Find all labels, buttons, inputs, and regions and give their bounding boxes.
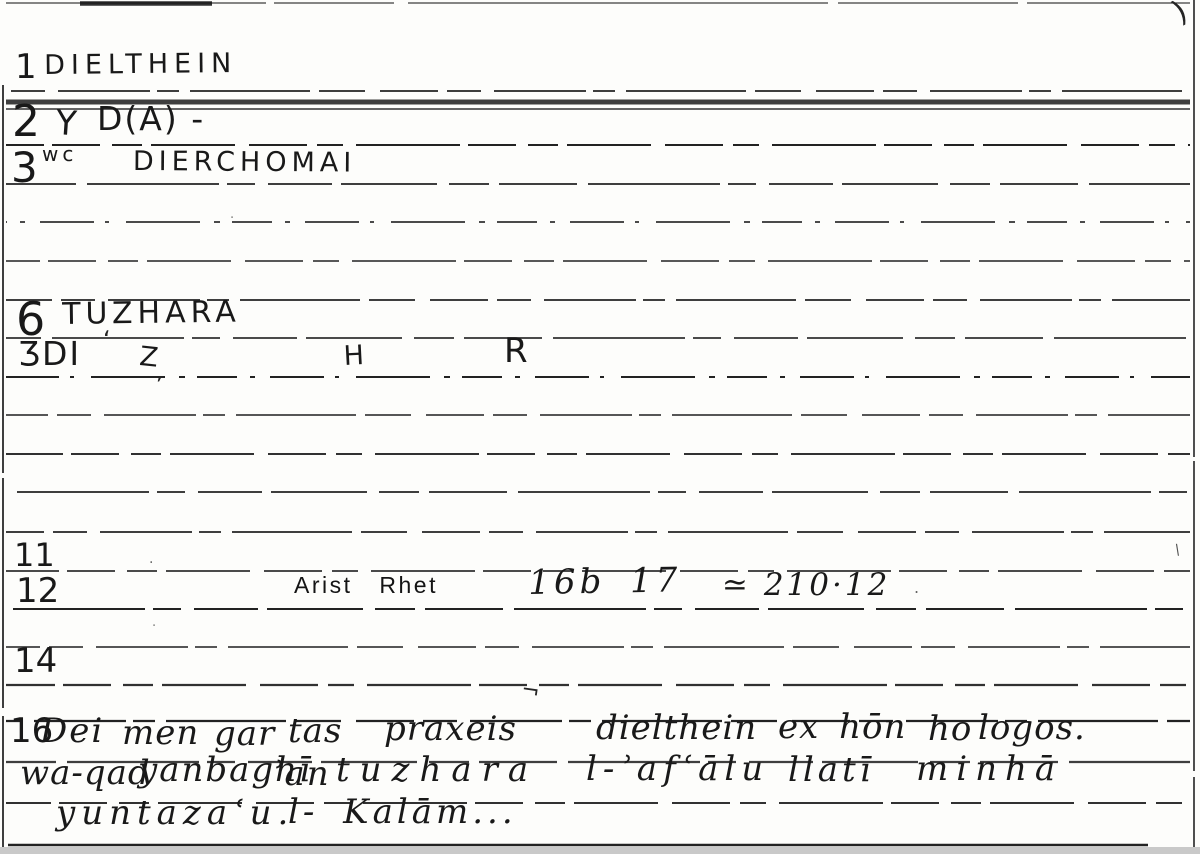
word-tas: tas [288,714,342,748]
word-men: men [122,716,199,750]
word-dielthein: dielthein [596,711,757,745]
citation-equivalence: ≃ 210·12 [722,570,890,601]
word-tuzhara: tuzhara [336,753,538,787]
entry-3-superscript: wc [42,144,77,164]
paper-speck-2: . [230,208,234,221]
entry-3-number: 3 [11,147,38,189]
root-letter-r: R [504,334,528,368]
entry-2-number: 2 [12,100,40,144]
entry-11-number: 11 [14,539,55,571]
pen-apostrophe-mark: ʻ [103,328,111,352]
paper-speck-3: . [152,616,156,629]
pen-hook-mark: ⌐ [520,679,541,703]
citation-locus: 16b 17 [528,563,682,600]
word-ex-hon: ex hōn [778,710,906,744]
entry-12-number: 12 [16,574,59,608]
word-logos: logos. [978,711,1086,745]
word-l-afalu: l-ʾafʿālu [586,752,769,786]
word-dei: Dei [40,714,104,748]
entry-1-headword: DIELTHEIN [44,50,237,79]
entry-1-number: 1 [15,50,37,84]
word-wa-qad: wa-qad [20,756,151,790]
citation-source: Arist Rhet [294,574,438,597]
entry-14-number: 14 [14,644,57,678]
word-yuntazau: yuntazaʿu. [56,796,294,830]
entry-2-letter: Y [55,106,78,141]
word-ho: ho [928,712,972,746]
paper-speck-1: . [149,552,153,566]
citation-stray-dot: . [914,580,919,596]
root-letter-h: H [343,342,365,370]
word-l-kalam: l- Kalām... [288,795,517,829]
word-praxeis: praxeis [384,712,517,746]
word-llati: llatī [788,753,875,787]
index-card-scan: 1DIELTHEIN2YD(A) -3wcDIERCHOMAI6TUZHARAƷ… [0,0,1200,854]
word-minha: minhā [916,752,1063,786]
entry-2-headword: D(A) - [97,102,205,135]
entry-3-headword: DIERCHOMAI [133,148,357,177]
entry-6-headword: TUZHARA [62,298,241,330]
scanner-edge-strip [0,847,1200,854]
word-an: ʾan [272,757,331,791]
root-letters-zdi: ƷDI [18,337,81,370]
word-gar: gar [214,717,275,751]
root-letter-z-comma: , [156,362,163,384]
